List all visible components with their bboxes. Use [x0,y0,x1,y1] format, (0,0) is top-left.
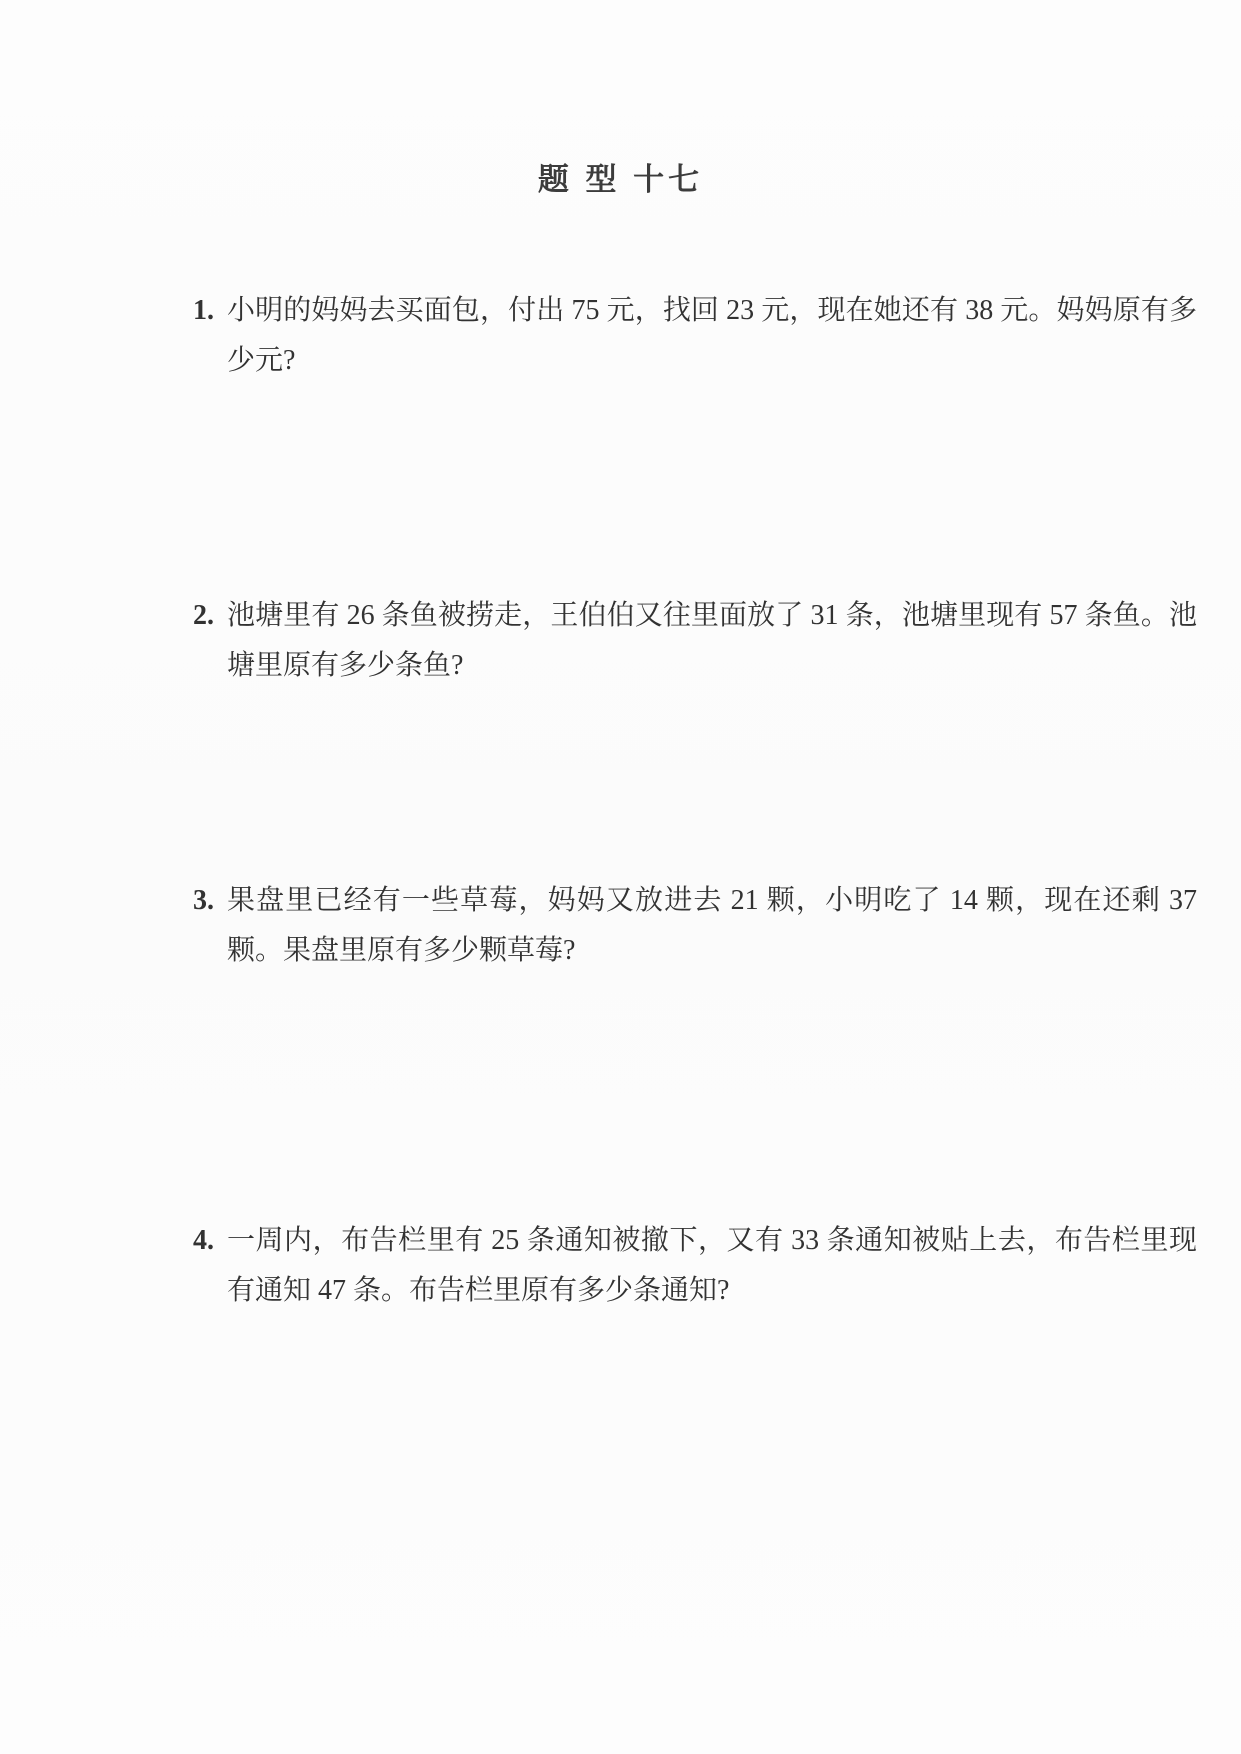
problem-3: 3. 果盘里已经有一些草莓，妈妈又放进去 21 颗，小明吃了 14 颗，现在还剩… [193,876,1197,976]
problem-2: 2. 池塘里有 26 条鱼被捞走，王伯伯又往里面放了 31 条，池塘里现有 57… [193,591,1197,691]
problem-2-text: 池塘里有 26 条鱼被捞走，王伯伯又往里面放了 31 条，池塘里现有 57 条鱼… [227,591,1197,691]
worksheet-title: 题 型 十七 [0,163,1241,197]
problem-3-text: 果盘里已经有一些草莓，妈妈又放进去 21 颗，小明吃了 14 颗，现在还剩 37… [227,876,1197,976]
problem-1: 1. 小明的妈妈去买面包，付出 75 元，找回 23 元，现在她还有 38 元。… [193,286,1197,386]
problem-4-number: 4. [193,1216,227,1266]
worksheet-page: 题 型 十七 1. 小明的妈妈去买面包，付出 75 元，找回 23 元，现在她还… [0,0,1241,1754]
problem-1-text: 小明的妈妈去买面包，付出 75 元，找回 23 元，现在她还有 38 元。妈妈原… [227,286,1197,386]
problem-2-number: 2. [193,591,227,641]
problem-4: 4. 一周内，布告栏里有 25 条通知被撤下，又有 33 条通知被贴上去，布告栏… [193,1216,1197,1316]
problem-3-number: 3. [193,876,227,926]
problem-4-text: 一周内，布告栏里有 25 条通知被撤下，又有 33 条通知被贴上去，布告栏里现有… [227,1216,1197,1316]
problem-1-number: 1. [193,286,227,336]
